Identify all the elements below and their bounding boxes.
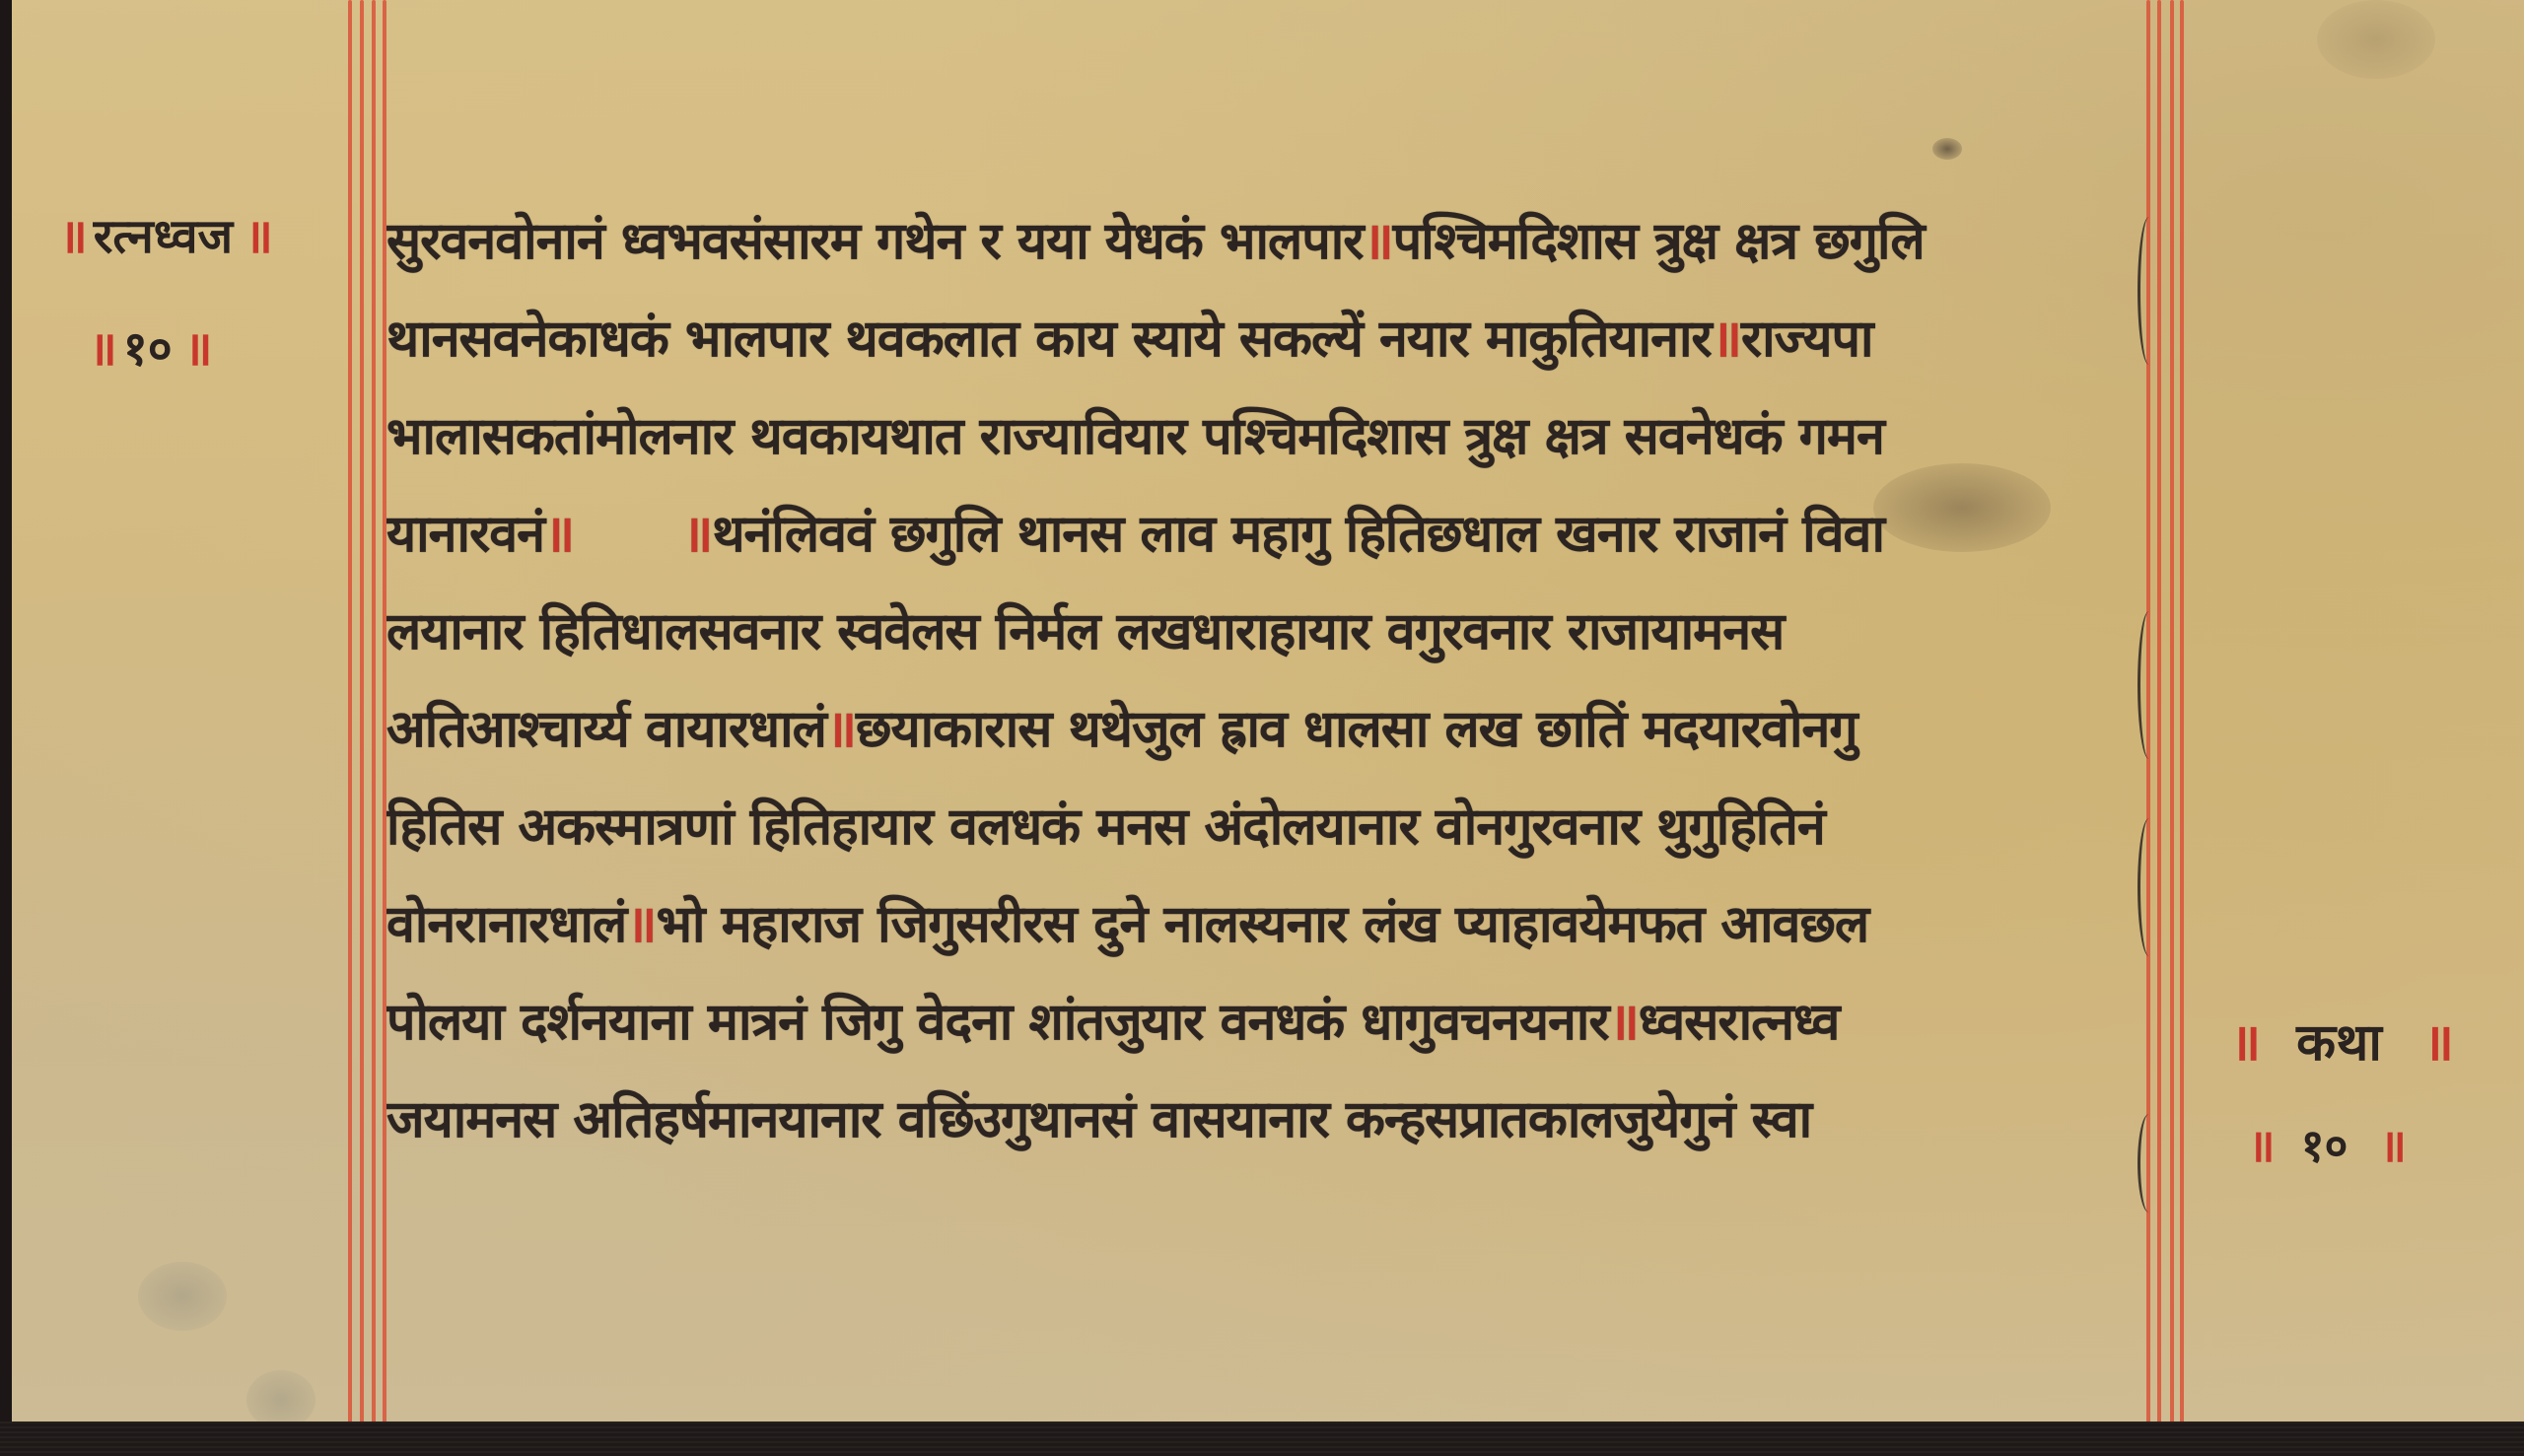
- danda-mark: ॥: [184, 315, 207, 380]
- left-margin-folio-number: ॥ १० ॥: [89, 315, 206, 380]
- manuscript-line: वोनरानारधालं॥भो महाराज जिगुसरीरस दुने ना…: [386, 876, 2161, 974]
- danda-mark: ॥: [2423, 1005, 2448, 1075]
- line-text-segment: पश्चिमदिशास त्रुक्ष क्षत्र छगुलि: [1393, 212, 1925, 271]
- manuscript-line: सुरवनवोनानं ध्वभवसंसारम गथेन र यया येधकं…: [386, 193, 2161, 291]
- manuscript-line: अतिआश्चार्य्य वायारधालं॥छयाकारास थथेजुल …: [386, 681, 2161, 779]
- danda-mark: ॥: [2379, 1114, 2401, 1175]
- line-text-segment: छयाकारास थथेजुल ह्राव धालसा लख छातिं मदय…: [856, 700, 1858, 759]
- line-text-segment: ध्वसरात्नध्व: [1639, 993, 1840, 1052]
- red-danda-mark: ॥: [1364, 212, 1393, 271]
- manuscript-line: यानारवनं॥॥थनंलिववं छगुलि थानस लाव महागु …: [386, 486, 2161, 584]
- left-folio-number-text: १०: [123, 315, 173, 380]
- line-text-segment: सुरवनवोनानं ध्वभवसंसारम गथेन र यया येधकं…: [386, 212, 1364, 271]
- line-text-segment: जयामनस अतिहर्षमानयानार वछिंउगुथानसं वासय…: [386, 1090, 1811, 1149]
- left-ruling-line: [348, 0, 352, 1424]
- line-text-segment: हितिस अकस्मात्रणां हितिहायार वलधकं मनस अ…: [386, 797, 1825, 857]
- manuscript-line: पोलया दर्शनयाना मात्रनं जिगु वेदना शांतज…: [386, 974, 2161, 1072]
- manuscript-line: भालासकतांमोलनार थवकायथात राज्यावियार पश्…: [386, 388, 2161, 486]
- danda-mark: ॥: [59, 203, 82, 267]
- right-margin-folio-number: ॥ १० ॥: [2248, 1114, 2401, 1175]
- line-text-segment: भालासकतांमोलनार थवकायथात राज्यावियार पश्…: [386, 407, 1884, 466]
- line-text-segment: लयानार हितिधालसवनार स्ववेलस निर्मल लखधार…: [386, 602, 1784, 661]
- background-cloth-strip: [0, 1421, 2524, 1456]
- line-text-segment: थानसवनेकाधकं भालपार थवकलात काय स्याये सक…: [386, 310, 1712, 369]
- manuscript-line: जयामनस अतिहर्षमानयानार वछिंउगुथानसं वासय…: [386, 1072, 2161, 1169]
- red-danda-mark: ॥: [1712, 310, 1741, 369]
- manuscript-page: ॥ रत्नध्वज ॥ ॥ १० ॥ ॥ कथा ॥ ॥ १० ॥ सुरवन…: [0, 0, 2524, 1424]
- line-text-segment: अतिआश्चार्य्य वायारधालं: [386, 700, 826, 759]
- red-danda-mark: ॥: [682, 505, 712, 564]
- paper-stain: [2317, 0, 2435, 79]
- danda-mark: ॥: [89, 315, 111, 380]
- paper-stain: [138, 1262, 227, 1331]
- danda-mark: ॥: [2248, 1114, 2270, 1175]
- right-margin-title: ॥ कथा ॥: [2230, 1005, 2448, 1075]
- right-ruling-line: [2170, 0, 2174, 1424]
- line-text-segment: यानारवनं: [386, 505, 544, 564]
- danda-mark: ॥: [245, 203, 267, 267]
- left-margin-title: ॥ रत्नध्वज ॥: [59, 203, 267, 267]
- manuscript-text-body: सुरवनवोनानं ध्वभवसंसारम गथेन र यया येधकं…: [386, 193, 2161, 1169]
- manuscript-line: लयानार हितिधालसवनार स्ववेलस निर्मल लखधार…: [386, 584, 2161, 681]
- right-folio-number-text: १०: [2301, 1114, 2349, 1175]
- right-ruling-line: [2180, 0, 2184, 1424]
- danda-mark: ॥: [2230, 1005, 2255, 1075]
- left-margin-title-text: रत्नध्वज: [94, 203, 233, 267]
- left-ruling-line: [360, 0, 364, 1424]
- line-text-segment: भो महाराज जिगुसरीरस दुने नालस्यनार लंख प…: [656, 895, 1868, 954]
- manuscript-line: थानसवनेकाधकं भालपार थवकलात काय स्याये सक…: [386, 291, 2161, 388]
- line-text-segment: वोनरानारधालं: [386, 895, 626, 954]
- red-danda-mark: ॥: [826, 700, 856, 759]
- manuscript-line: हितिस अकस्मात्रणां हितिहायार वलधकं मनस अ…: [386, 779, 2161, 876]
- red-danda-mark: ॥: [626, 895, 656, 954]
- line-text-segment: पोलया दर्शनयाना मात्रनं जिगु वेदना शांतज…: [386, 993, 1609, 1052]
- red-danda-mark: ॥: [1609, 993, 1639, 1052]
- paper-stain: [246, 1370, 315, 1429]
- line-text-segment: राज्यपा: [1741, 310, 1873, 369]
- paper-stain: [1932, 138, 1962, 160]
- line-text-segment: थनंलिववं छगुलि थानस लाव महागु हितिछधाल ख…: [712, 505, 1884, 564]
- left-background-edge: [0, 0, 12, 1424]
- left-ruling-line: [372, 0, 376, 1424]
- red-danda-mark: ॥: [544, 505, 574, 564]
- right-margin-title-text: कथा: [2296, 1005, 2382, 1075]
